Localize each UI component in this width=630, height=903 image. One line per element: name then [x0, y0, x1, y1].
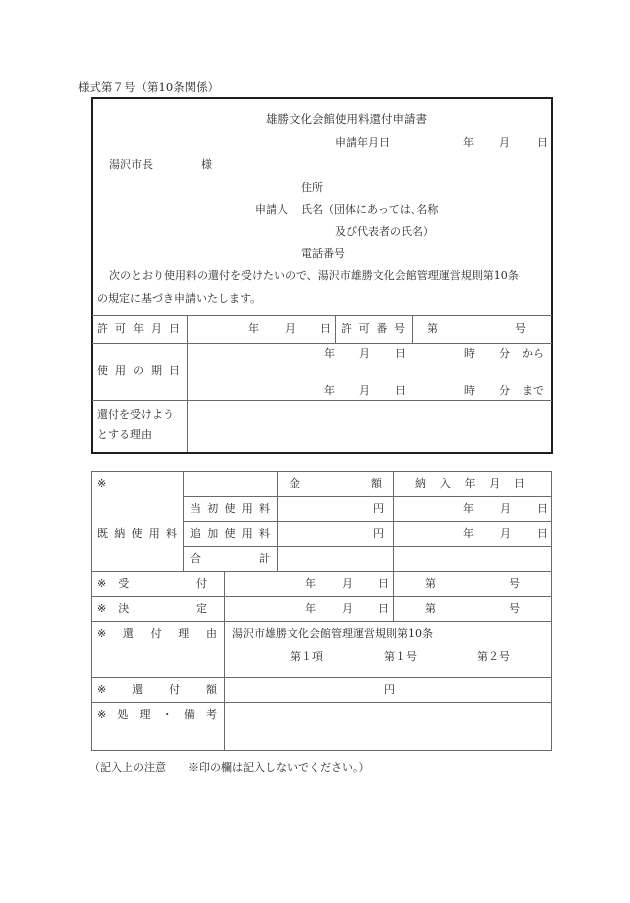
decision-day[interactable]: 日 — [378, 602, 389, 616]
usage-date-label: 使用の期日 — [97, 364, 180, 378]
refund-reason-label: ※還付理由 — [97, 627, 217, 641]
permit-number-suffix[interactable]: 号 — [515, 322, 526, 336]
permit-date-month[interactable]: 月 — [285, 322, 296, 336]
permit-number-prefix: 第 — [427, 322, 438, 336]
form-title: 雄勝文化会館使用料還付申請書 — [266, 112, 427, 126]
initial-fee-month[interactable]: 月 — [500, 502, 511, 516]
usage-to-day[interactable]: 日 — [395, 384, 406, 398]
refund-amount-label: ※還付額 — [97, 683, 217, 697]
usage-from-suffix: から — [522, 347, 544, 361]
column-divider — [335, 315, 336, 343]
permit-number-label: 許可番号 — [341, 322, 405, 336]
application-body-line1: 次のとおり使用料の還付を受けたいので、湯沢市雄勝文化会館管理運営規則第10条 — [109, 269, 519, 283]
applicant-label: 申請人 — [255, 203, 288, 217]
row-divider — [91, 596, 552, 597]
row-divider — [91, 702, 552, 703]
paid-fee-label: 既納使用料 — [97, 527, 177, 541]
receipt-month[interactable]: 月 — [342, 577, 353, 591]
application-date-month[interactable]: 月 — [499, 136, 510, 150]
total-amount-input[interactable] — [280, 549, 390, 569]
remarks-input-area[interactable] — [227, 704, 549, 748]
additional-fee-year[interactable]: 年 — [463, 527, 474, 541]
decision-label: ※決定 — [97, 602, 207, 616]
row-divider — [92, 315, 552, 316]
usage-to-hour[interactable]: 時 — [464, 384, 475, 398]
row-divider — [183, 546, 552, 547]
permit-date-year[interactable]: 年 — [248, 322, 259, 336]
receipt-number-suffix[interactable]: 号 — [509, 577, 520, 591]
receipt-year[interactable]: 年 — [305, 577, 316, 591]
column-divider — [183, 471, 184, 571]
row-divider — [92, 343, 552, 344]
permit-date-label: 許可年月日 — [97, 322, 180, 336]
amount-header-right: 額 — [371, 477, 382, 491]
reason-label-line2: とする理由 — [97, 428, 152, 442]
refund-reason-option-paragraph1[interactable]: 第１項 — [290, 650, 323, 664]
payment-date-header: 納入年月日 — [415, 477, 525, 491]
usage-to-year[interactable]: 年 — [324, 384, 335, 398]
receipt-day[interactable]: 日 — [378, 577, 389, 591]
row-divider — [92, 400, 552, 401]
amount-header-left: 金 — [289, 477, 300, 491]
receipt-number-prefix: 第 — [425, 577, 436, 591]
decision-month[interactable]: 月 — [342, 602, 353, 616]
usage-from-day[interactable]: 日 — [395, 347, 406, 361]
column-divider — [412, 315, 413, 343]
permit-date-day[interactable]: 日 — [320, 322, 331, 336]
initial-fee-day[interactable]: 日 — [537, 502, 548, 516]
column-divider — [224, 571, 225, 751]
filling-note: （記入上の注意 ※印の欄は記入しないでください。） — [89, 761, 370, 775]
name-label-continued: 及び代表者の氏名） — [335, 225, 434, 239]
initial-fee-year[interactable]: 年 — [463, 502, 474, 516]
usage-from-year[interactable]: 年 — [324, 347, 335, 361]
decision-year[interactable]: 年 — [305, 602, 316, 616]
usage-from-month[interactable]: 月 — [359, 347, 370, 361]
column-divider — [187, 315, 188, 452]
refund-reason-option-item1[interactable]: 第１号 — [384, 650, 417, 664]
row-divider — [91, 677, 552, 678]
additional-fee-day[interactable]: 日 — [537, 527, 548, 541]
application-date-day[interactable]: 日 — [537, 136, 548, 150]
address-label: 住所 — [301, 181, 323, 195]
additional-fee-month[interactable]: 月 — [500, 527, 511, 541]
column-divider — [277, 471, 278, 571]
reason-label-line1: 還付を受けよう — [97, 408, 174, 422]
usage-from-hour[interactable]: 時 — [464, 347, 475, 361]
application-date-year[interactable]: 年 — [463, 136, 474, 150]
addressee-honorific: 様 — [201, 158, 212, 172]
row-divider — [183, 521, 552, 522]
additional-fee-label: 追加使用料 — [190, 527, 270, 541]
initial-fee-amount[interactable]: 円 — [373, 502, 384, 516]
phone-label: 電話番号 — [301, 247, 345, 261]
initial-fee-label: 当初使用料 — [190, 502, 270, 516]
office-use-mark: ※ — [97, 477, 106, 491]
refund-reason-rule: 湯沢市雄勝文化会館管理運営規則第10条 — [232, 627, 433, 641]
row-divider — [91, 621, 552, 622]
row-divider — [183, 496, 552, 497]
usage-to-suffix: まで — [522, 384, 544, 398]
decision-number-prefix: 第 — [425, 602, 436, 616]
usage-to-month[interactable]: 月 — [359, 384, 370, 398]
application-body-line2: の規定に基づき申請いたします。 — [97, 292, 261, 306]
name-label: 氏名（団体にあっては､名称 — [301, 203, 438, 217]
reason-input-area[interactable] — [190, 403, 548, 449]
addressee: 湯沢市長 — [109, 158, 153, 172]
receipt-label: ※受付 — [97, 577, 207, 591]
usage-to-minute[interactable]: 分 — [499, 384, 510, 398]
form-number: 様式第７号（第10条関係） — [78, 80, 219, 94]
remarks-label: ※処理・備考 — [97, 708, 217, 722]
total-label: 合計 — [190, 552, 270, 566]
decision-number-suffix[interactable]: 号 — [509, 602, 520, 616]
application-date-label: 申請年月日 — [335, 136, 390, 150]
usage-from-minute[interactable]: 分 — [499, 347, 510, 361]
refund-amount-value[interactable]: 円 — [384, 683, 395, 697]
row-divider — [91, 571, 552, 572]
additional-fee-amount[interactable]: 円 — [373, 527, 384, 541]
column-divider — [393, 471, 394, 621]
refund-reason-option-item2[interactable]: 第２号 — [477, 650, 510, 664]
